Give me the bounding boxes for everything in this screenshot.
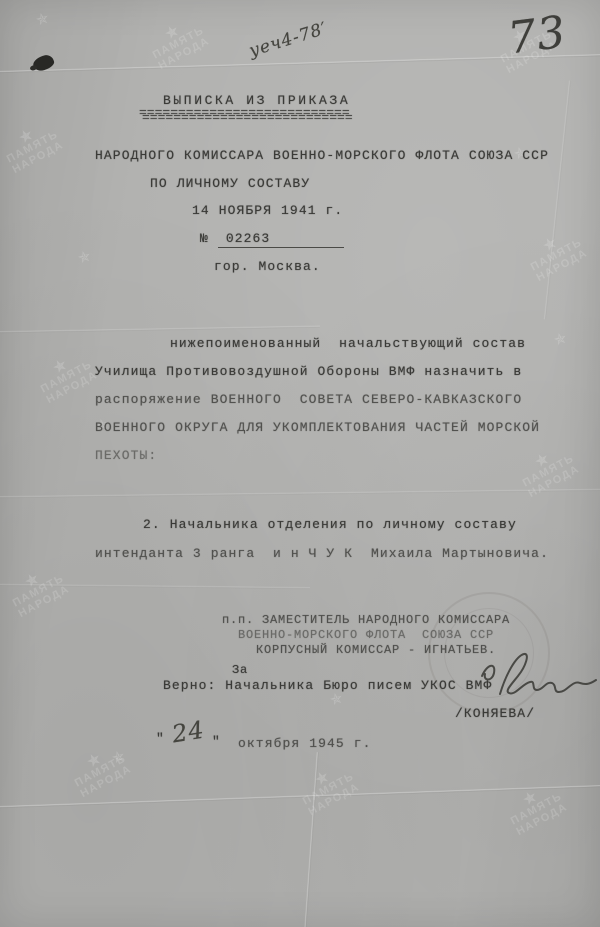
archive-watermark: ✯ПАМЯТЬНАРОДА: [67, 741, 134, 800]
certifier-name: /КОНЯЕВА/: [455, 706, 535, 721]
handwritten-page-number: 73: [505, 7, 569, 65]
order-number-value: 02263: [218, 231, 344, 248]
archive-watermark: ✯ПАМЯТЬНАРОДА: [145, 13, 212, 72]
order-number: № 02263: [200, 231, 344, 248]
body-line: нижепоименованный начальствующий состав: [170, 336, 526, 351]
archive-watermark: ✯ПАМЯТЬНАРОДА: [5, 561, 72, 620]
archive-watermark: ✯ПАМЯТЬНАРОДА: [295, 759, 362, 818]
signatory-line: п.п. ЗАМЕСТИТЕЛЬ НАРОДНОГО КОМИССАРА: [222, 613, 510, 627]
star-icon: ✯: [76, 247, 93, 268]
body-line: ПЕХОТЫ:: [95, 448, 157, 463]
scanned-document-page: ✯ПАМЯТЬНАРОДА ✯ПАМЯТЬНАРОДА ✯ПАМЯТЬНАРОД…: [0, 0, 600, 927]
archive-watermark: ✯ПАМЯТЬНАРОДА: [0, 117, 66, 176]
body-line: 2. Начальника отделения по личному соста…: [143, 517, 517, 532]
certification-date: октября 1945 г.: [238, 736, 372, 751]
city-line: гор. Москва.: [214, 259, 321, 274]
title-underline: ===========================: [142, 110, 353, 125]
archive-watermark: ✯ПАМЯТЬНАРОДА: [33, 347, 100, 406]
paper-crease: [543, 81, 571, 320]
quote-mark: ": [212, 734, 221, 749]
order-date: 14 НОЯБРЯ 1941 г.: [192, 203, 343, 218]
signatory-line: ВОЕННО-МОРСКОГО ФЛОТА СОЮЗА ССР: [238, 628, 494, 642]
za-insert: За: [232, 663, 248, 677]
paper-crease: [0, 325, 320, 334]
body-line: интенданта 3 ранга и н Ч У К Михаила Мар…: [95, 546, 549, 561]
paper-crease: [0, 488, 600, 499]
handwritten-corner-note: уеч4-78′: [247, 19, 330, 62]
archive-watermark: ✯ПАМЯТЬНАРОДА: [523, 225, 590, 284]
authority-line: НАРОДНОГО КОМИССАРА ВОЕННО-МОРСКОГО ФЛОТ…: [95, 148, 549, 163]
handwritten-day: 24: [170, 716, 207, 749]
quote-mark: ": [156, 731, 165, 746]
star-icon: ✯: [552, 329, 569, 350]
body-line: Училища Противовоздушной Обороны ВМФ наз…: [95, 364, 522, 379]
authority-line: ПО ЛИЧНОМУ СОСТАВУ: [150, 176, 310, 191]
body-line: распоряжение ВОЕННОГО СОВЕТА СЕВЕРО-КАВК…: [95, 392, 522, 407]
body-line: ВОЕННОГО ОКРУГА ДЛЯ УКОМПЛЕКТОВАНИЯ ЧАСТ…: [95, 420, 540, 435]
signatory-line: КОРПУСНЫЙ КОМИССАР - ИГНАТЬЕВ.: [256, 643, 496, 657]
star-icon: ✯: [34, 9, 51, 30]
certification-line: Верно: Начальника Бюро писем УКОС ВМФ: [163, 678, 492, 693]
handwritten-signature: [478, 648, 598, 706]
